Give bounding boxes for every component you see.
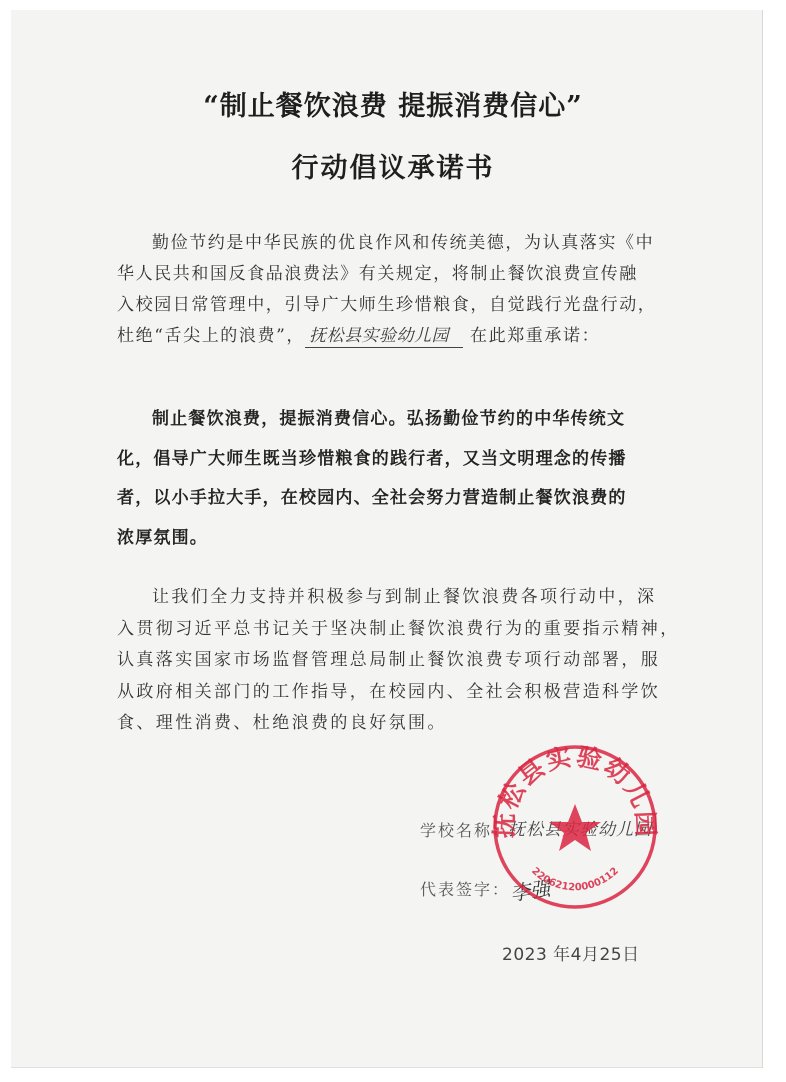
document-subtitle: 行动倡议承诺书 [0, 146, 786, 185]
svg-text:22062120000112: 22062120000112 [529, 866, 621, 894]
paragraph-line: 从政府相关部门的工作指导，在校园内、全社会积极营造科学饮 [117, 677, 665, 709]
paragraph-line: 化，倡导广大师生既当珍惜粮食的践行者，又当文明理念的传播 [117, 440, 665, 480]
document-title: “制止餐饮浪费 提振消费信心” [0, 84, 786, 123]
signing-date: 2023 年4月25日 [502, 940, 640, 965]
paragraph-line: 入贯彻习近平总书记关于坚决制止餐饮浪费行为的重要指示精神， [117, 614, 665, 646]
line-suffix: 在此郑重承诺： [470, 326, 600, 346]
line-prefix: 杜绝“舌尖上的浪费”， [117, 326, 305, 346]
handwritten-school-name: 抚松县实验幼儿园 [305, 325, 463, 348]
paragraph-commitment: 制止餐饮浪费，提振消费信心。弘扬勤俭节约的中华传统文 化，倡导广大师生既当珍惜粮… [117, 400, 665, 558]
paragraph-line: 认真落实国家市场监督管理总局制止餐饮浪费专项行动部署，服 [117, 645, 665, 677]
paragraph-line: 浓厚氛围。 [117, 519, 665, 559]
paragraph-line-last: 杜绝“舌尖上的浪费”，抚松县实验幼儿园 在此郑重承诺： [117, 321, 665, 352]
paragraph-line: 食、理性消费、杜绝浪费的良好氛围。 [117, 708, 665, 740]
paragraph-call-to-action: 让我们全力支持并积极参与到制止餐饮浪费各项行动中，深 入贯彻习近平总书记关于坚决… [117, 582, 665, 740]
paragraph-line: 让我们全力支持并积极参与到制止餐饮浪费各项行动中，深 [117, 582, 665, 614]
paragraph-line: 入校园日常管理中，引导广大师生珍惜粮食，自觉践行光盘行动， [117, 290, 665, 321]
paragraph-line: 者，以小手拉大手，在校园内、全社会努力营造制止餐饮浪费的 [117, 479, 665, 519]
paragraph-line: 华人民共和国反食品浪费法》有关规定，将制止餐饮浪费宣传融 [117, 259, 665, 290]
official-seal-icon: 抚松县实验幼儿园 22062120000112 [490, 742, 660, 912]
paragraph-line: 制止餐饮浪费，提振消费信心。弘扬勤俭节约的中华传统文 [117, 400, 665, 440]
paragraph-line: 勤俭节约是中华民族的优良作风和传统美德，为认真落实《中 [117, 228, 665, 259]
paragraph-intro: 勤俭节约是中华民族的优良作风和传统美德，为认真落实《中 华人民共和国反食品浪费法… [117, 228, 665, 352]
